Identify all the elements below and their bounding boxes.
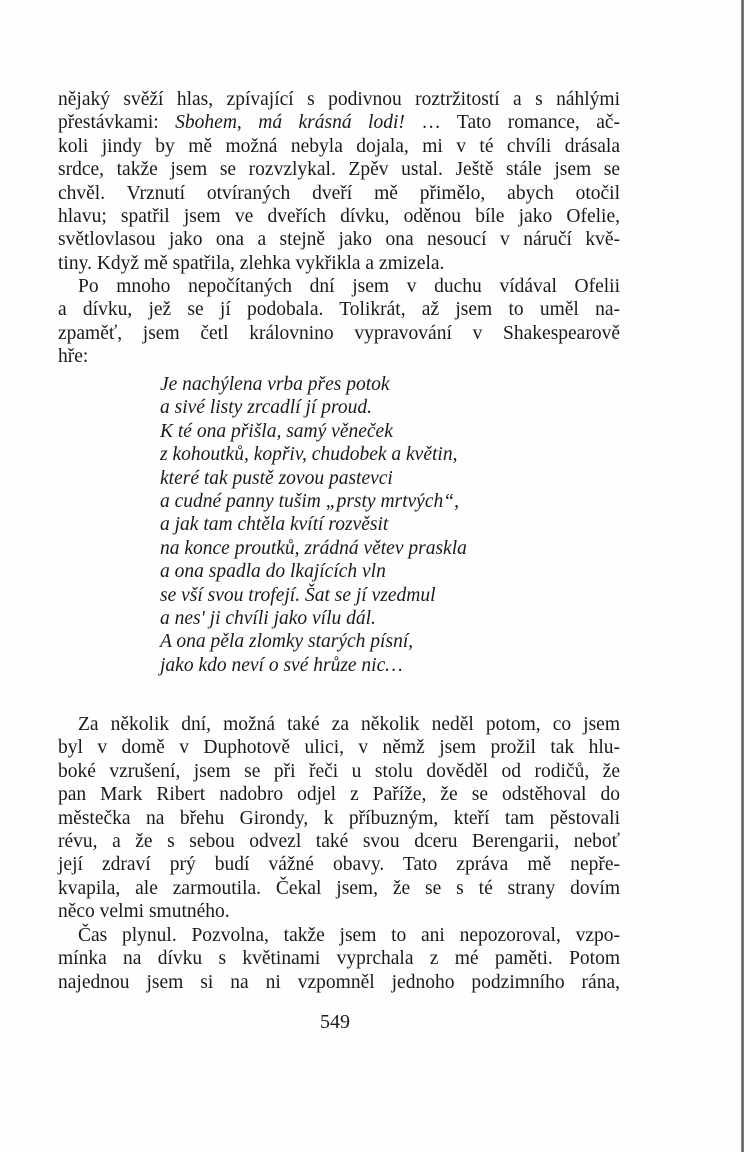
verse-line: a nes' ji chvíli jako vílu dál. (160, 607, 560, 630)
text-line: boké vzrušení, jsem se při řeči u stolu … (58, 760, 620, 783)
text-line: Za několik dní, možná také za několik ne… (58, 713, 620, 736)
text-line: pan Mark Ribert nadobro odjel z Paříže, … (58, 783, 620, 806)
verse-line: A ona pěla zlomky starých písní, (160, 630, 560, 653)
text-line: hře: (58, 345, 620, 368)
text-line: přestávkami: Sbohem, má krásná lodi! … T… (58, 111, 620, 134)
text-line: hlavu; spatřil jsem ve dveřích dívku, od… (58, 205, 620, 228)
verse-line: a jak tam chtěla kvítí rozvěsit (160, 513, 560, 536)
paragraph-2: Po mnoho nepočítaných dní jsem v duchu v… (58, 275, 620, 369)
text-line: a dívku, jež se jí podobala. Tolikrát, a… (58, 298, 620, 321)
verse-line: a ona spadla do lkajících vln (160, 560, 560, 583)
text-line: srdce, takže jsem se rozvzlykal. Zpěv us… (58, 158, 620, 181)
text-line: něco velmi smutného. (58, 900, 620, 923)
verse-line: z kohoutků, kopřiv, chudobek a květin, (160, 443, 560, 466)
verse-line: a cudné panny tušim „prsty mrtvých“, (160, 490, 560, 513)
page-edge (741, 0, 744, 1152)
text-line: městečka na břehu Girondy, k příbuzným, … (58, 807, 620, 830)
text-line: Čas plynul. Pozvolna, takže jsem to ani … (58, 924, 620, 947)
verse-line: a sivé listy zrcadlí jí proud. (160, 396, 560, 419)
text-line: nějaký svěží hlas, zpívající s podivnou … (58, 88, 620, 111)
text-line: mínka na dívku s květinami vyprchala z m… (58, 947, 620, 970)
text-fragment: … Tato romance, ač- (405, 112, 620, 133)
verse-line: K té ona přišla, samý věneček (160, 420, 560, 443)
text-line: najednou jsem si na ni vzpomněl jednoho … (58, 971, 620, 994)
verse-line: se vší svou trofejí. Šat se jí vzedmul (160, 584, 560, 607)
text-line: chvěl. Vrznutí otvíraných dveří mě přimě… (58, 182, 620, 205)
text-line: tiny. Když mě spatřila, zlehka vykřikla … (58, 252, 620, 275)
paragraph-3: Za několik dní, možná také za několik ne… (58, 713, 620, 924)
text-line: Po mnoho nepočítaných dní jsem v duchu v… (58, 275, 620, 298)
paragraph-1: nějaký svěží hlas, zpívající s podivnou … (58, 88, 620, 275)
text-line: světlovlasou jako ona a stejně jako ona … (58, 228, 620, 251)
text-line: kvapila, ale zarmoutila. Čekal jsem, že … (58, 877, 620, 900)
text-line: její zdraví prý budí vážné obavy. Tato z… (58, 853, 620, 876)
verse-line: Je nachýlena vrba přes potok (160, 373, 560, 396)
text-line: byl v domě v Duphotově ulici, v němž jse… (58, 736, 620, 759)
page-number: 549 (0, 1010, 670, 1034)
song-title: Sbohem, má krásná lodi! (175, 112, 405, 133)
text-line: zpaměť, jsem četl královnino vypravování… (58, 322, 620, 345)
text-fragment: přestávkami: (58, 112, 159, 133)
verse-quote: Je nachýlena vrba přes potok a sivé list… (160, 373, 560, 677)
book-page: nějaký svěží hlas, zpívající s podivnou … (0, 0, 750, 1152)
paragraph-4: Čas plynul. Pozvolna, takže jsem to ani … (58, 924, 620, 994)
text-line: koli jindy by mě možná nebyla dojala, mi… (58, 135, 620, 158)
verse-line: které tak pustě zovou pastevci (160, 467, 560, 490)
verse-line: na konce proutků, zrádná větev praskla (160, 537, 560, 560)
verse-line: jako kdo neví o své hrůze nic… (160, 654, 560, 677)
text-line: révu, a že s sebou odvezl také svou dcer… (58, 830, 620, 853)
